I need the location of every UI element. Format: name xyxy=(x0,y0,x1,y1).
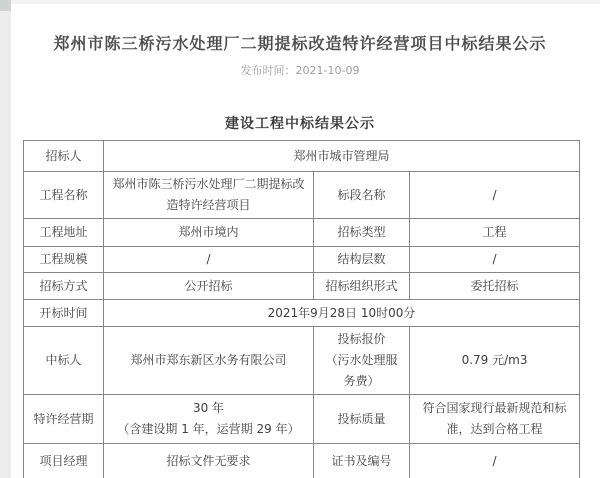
table-row-tender-method: 招标方式 公开招标 招标组织形式 委托招标 xyxy=(24,273,580,300)
table-row-project-name: 工程名称 郑州市陈三桥污水处理厂二期提标改造特许经营项目 标段名称 / xyxy=(24,172,580,219)
page-edge-top xyxy=(0,0,600,4)
row-label-tender-type: 招标类型 xyxy=(314,219,410,247)
row-label-project-name: 工程名称 xyxy=(24,172,104,219)
row-label-structure-floors: 结构层数 xyxy=(314,247,410,273)
row-value-bid-price: 0.79 元/m3 xyxy=(410,327,580,395)
row-value-tender-organization: 委托招标 xyxy=(410,273,580,300)
table-row-project-manager: 项目经理 招标文件无要求 证书及编号 / xyxy=(24,444,580,478)
row-value-project-name: 郑州市陈三桥污水处理厂二期提标改造特许经营项目 xyxy=(104,172,314,219)
row-value-project-address: 郑州市境内 xyxy=(104,219,314,247)
row-label-tenderer: 招标人 xyxy=(24,141,104,172)
row-label-project-manager: 项目经理 xyxy=(24,444,104,478)
row-label-franchise-period: 特许经营期 xyxy=(24,395,104,444)
table-row-winning-bidder: 中标人 郑州市郑东新区水务有限公司 投标报价 （污水处理服务费） 0.79 元/… xyxy=(24,327,580,395)
row-value-bid-opening-time: 2021年9月28日 10时00分 xyxy=(104,300,580,327)
row-value-tender-type: 工程 xyxy=(410,219,580,247)
row-label-winning-bidder: 中标人 xyxy=(24,327,104,395)
row-value-certificate-number: / xyxy=(410,444,580,478)
row-value-franchise-period: 30 年 （含建设期 1 年，运营期 29 年） xyxy=(104,395,314,444)
table-row-bid-opening-time: 开标时间 2021年9月28日 10时00分 xyxy=(24,300,580,327)
page-title: 郑州市陈三桥污水处理厂二期提标改造特许经营项目中标结果公示 xyxy=(0,31,600,54)
row-value-winning-bidder: 郑州市郑东新区水务有限公司 xyxy=(104,327,314,395)
row-label-section-name: 标段名称 xyxy=(314,172,410,219)
row-value-project-scale: / xyxy=(104,247,314,273)
table-row-project-address: 工程地址 郑州市境内 招标类型 工程 xyxy=(24,219,580,247)
row-value-bid-quality: 符合国家现行最新规范和标准，达到合格工程 xyxy=(410,395,580,444)
page-corner-block xyxy=(0,0,11,11)
row-value-tenderer: 郑州市城市管理局 xyxy=(104,141,580,172)
row-value-tender-method: 公开招标 xyxy=(104,273,314,300)
publish-date: 发布时间：2021-10-09 xyxy=(0,62,600,78)
row-value-structure-floors: / xyxy=(410,247,580,273)
row-label-bid-quality: 投标质量 xyxy=(314,395,410,444)
row-value-section-name: / xyxy=(410,172,580,219)
row-label-bid-price: 投标报价 （污水处理服务费） xyxy=(314,327,410,395)
row-label-certificate-number: 证书及编号 xyxy=(314,444,410,478)
row-label-tender-method: 招标方式 xyxy=(24,273,104,300)
row-value-project-manager: 招标文件无要求 xyxy=(104,444,314,478)
table-row-franchise-period: 特许经营期 30 年 （含建设期 1 年，运营期 29 年） 投标质量 符合国家… xyxy=(24,395,580,444)
row-label-project-address: 工程地址 xyxy=(24,219,104,247)
table-row-project-scale: 工程规模 / 结构层数 / xyxy=(24,247,580,273)
table-title: 建设工程中标结果公示 xyxy=(0,113,600,133)
table-row-tenderer: 招标人 郑州市城市管理局 xyxy=(24,141,580,172)
row-label-bid-opening-time: 开标时间 xyxy=(24,300,104,327)
row-label-tender-organization: 招标组织形式 xyxy=(314,273,410,300)
bid-result-table: 招标人 郑州市城市管理局 工程名称 郑州市陈三桥污水处理厂二期提标改造特许经营项… xyxy=(23,140,580,478)
row-label-project-scale: 工程规模 xyxy=(24,247,104,273)
